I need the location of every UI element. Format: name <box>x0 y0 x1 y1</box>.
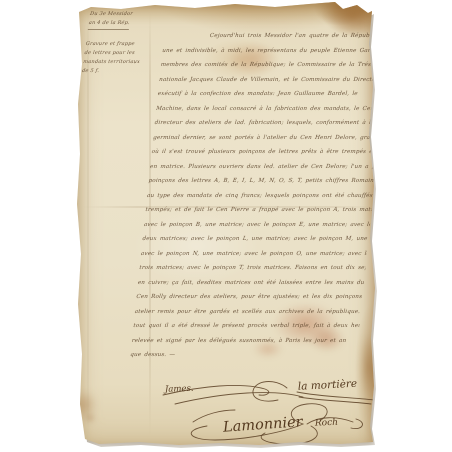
manuscript-line: trempés; et de fait le Cen Pierre a frap… <box>145 203 373 218</box>
manuscript-line: tout quoi il a été dressé le présent pro… <box>133 319 361 334</box>
margin-annotation: Du 3e Messidor an 4 de la Rép. Gravure e… <box>81 10 154 76</box>
stain <box>359 332 379 402</box>
manuscript-line: membres des comités de la République; le… <box>160 58 388 73</box>
manuscript-line: en cuivre; ça fait, desdites matrices on… <box>137 276 365 291</box>
flourish-stroke <box>351 419 362 429</box>
manuscript-line: relevée et signé par les délégués susnom… <box>131 334 359 349</box>
manuscript-line: que dessus. — <box>129 348 357 363</box>
manuscript-line: avec le poinçon N, une matrice; avec le … <box>140 247 368 262</box>
manuscript-line: directeur des ateliers de lad. fabricati… <box>154 116 382 131</box>
manuscript-sheet: Du 3e Messidor an 4 de la Rép. Gravure e… <box>77 2 375 446</box>
signature-center: Lamonnier <box>222 414 305 436</box>
manuscript-line: en matrice. Plusieurs ouvriers dans led.… <box>149 160 377 175</box>
margin-note-line: Gravure et frappe <box>85 40 150 49</box>
manuscript-line: une et indivisible, à midi, les représen… <box>161 44 389 59</box>
flourish-stroke <box>191 404 327 440</box>
signature-left: James. <box>163 384 194 395</box>
margin-note-line-underlined: an 4 de la Rép. <box>88 19 130 30</box>
signature-bottom-right: Roch <box>314 418 338 429</box>
flourish-stroke <box>297 392 374 400</box>
manuscript-line: avec le poinçon B, une matrice; avec le … <box>143 218 371 233</box>
manuscript-line: atelier remis pour être gardés et scellé… <box>134 305 362 320</box>
flourish-stroke <box>299 397 371 404</box>
flourish-stroke <box>261 426 317 444</box>
manuscript-line: Machine, dans le local consacré à la fab… <box>155 102 383 117</box>
flourish-stroke <box>175 393 303 404</box>
manuscript-body: Cejourd'hui trois Messidor l'an quatre d… <box>129 29 390 363</box>
margin-note-line: mandats territoriaux <box>83 58 148 67</box>
manuscript-line: poinçons des lettres A, B, E, I, L, M, N… <box>148 174 376 189</box>
margin-note-line: Du 3e Messidor <box>89 10 154 19</box>
flourish-stroke <box>193 410 235 422</box>
photograph-of-manuscript: Du 3e Messidor an 4 de la Rép. Gravure e… <box>0 0 452 452</box>
manuscript-line: deux matrices; avec le poinçon L, une ma… <box>142 232 370 247</box>
margin-note-line: de lettres pour les <box>84 49 149 58</box>
margin-note-line: an 4 de la Rép. <box>88 19 153 30</box>
stain <box>71 390 97 420</box>
flourish-stroke <box>163 385 269 395</box>
flourish-stroke <box>253 382 287 402</box>
flourish-stroke <box>307 418 353 424</box>
manuscript-line: où il s'est trouvé plusieurs poinçons de… <box>151 145 379 160</box>
margin-note-line: de 5 f. <box>81 67 146 76</box>
manuscript-line: trois matrices; avec le poinçon T, trois… <box>139 261 367 276</box>
signature-top-right: la mortière <box>298 378 358 393</box>
manuscript-line: au type des mandats de cinq francs; lesq… <box>146 189 374 204</box>
manuscript-line: Cen Rolly directeur des ateliers, pour ê… <box>136 290 364 305</box>
margin-note-gap <box>86 30 151 40</box>
manuscript-line: germinal dernier, se sont portés à l'ate… <box>152 131 380 146</box>
manuscript-line: Cejourd'hui trois Messidor l'an quatre d… <box>163 29 391 44</box>
manuscript-line: nationale Jacques Claude de Villemain, e… <box>158 73 386 88</box>
manuscript-line: exécutif à la confection des mandats: Je… <box>157 87 385 102</box>
